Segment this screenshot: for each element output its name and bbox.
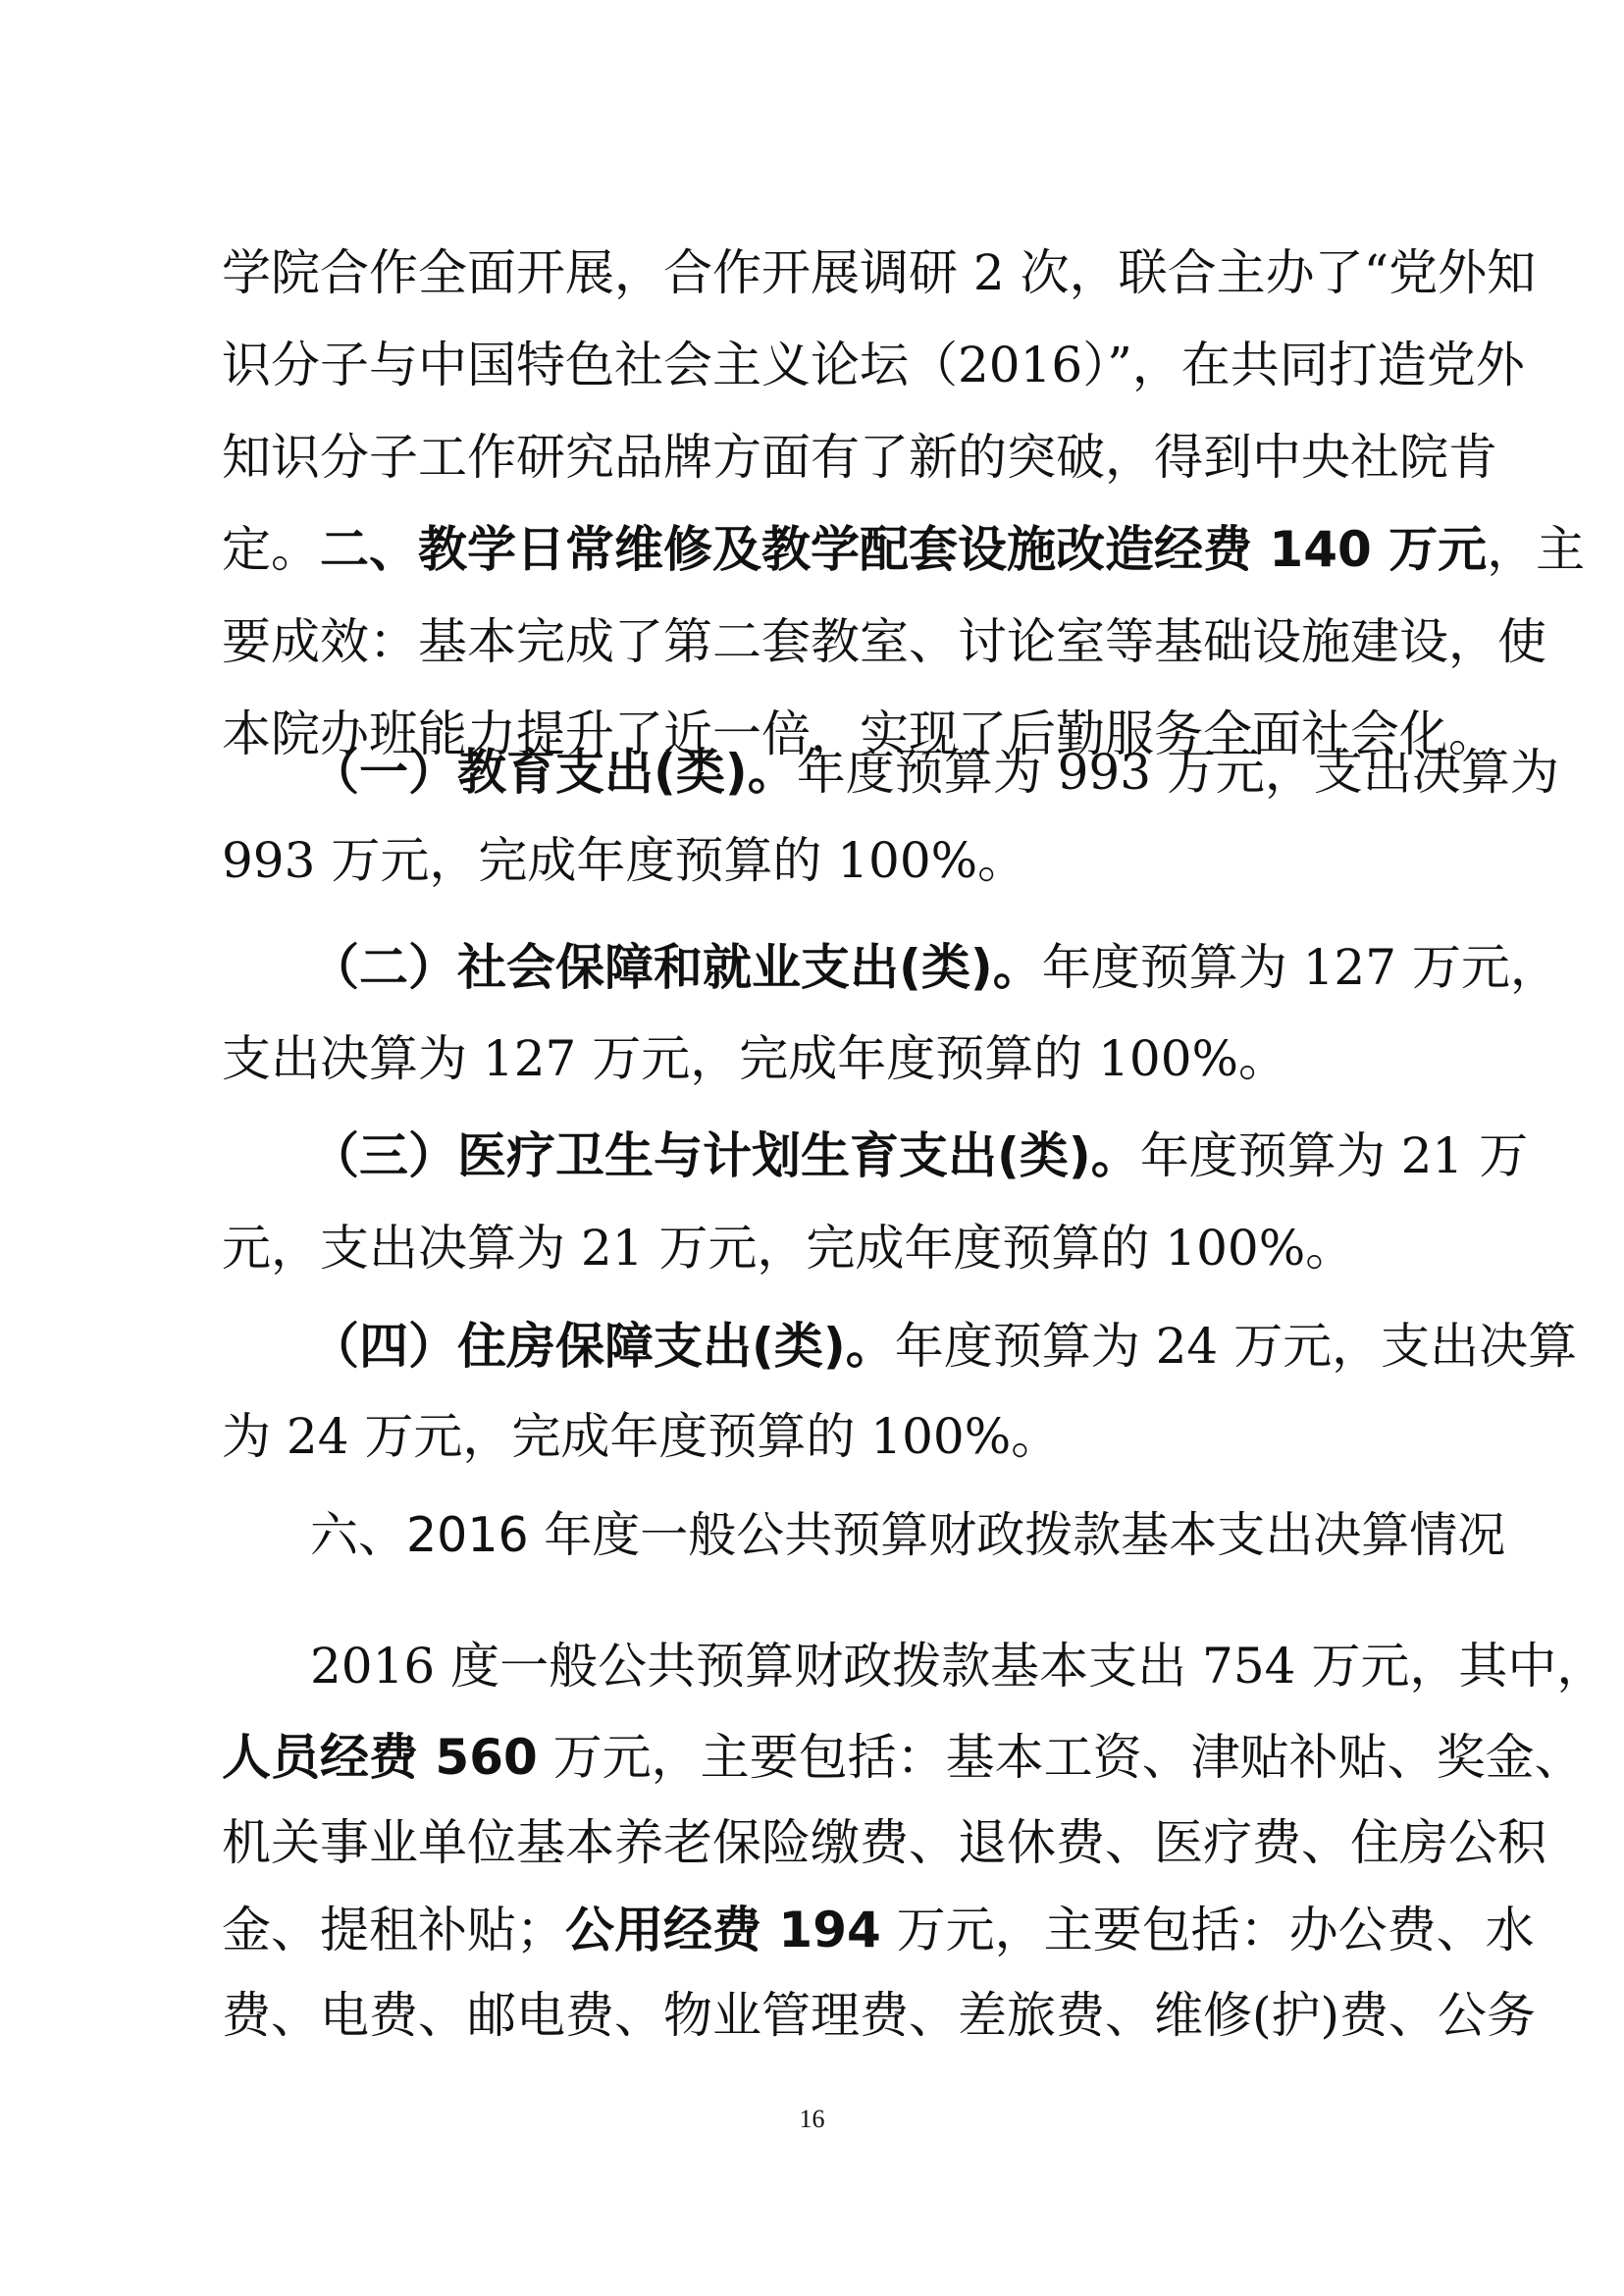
- text-line: 支出决算为 127 万元，完成年度预算的 100%。: [222, 1024, 1418, 1093]
- text-line: 知识分子工作研究品牌方面有了新的突破，得到中央社院肯: [222, 423, 1418, 492]
- bold-highlight-maintenance-funding: 二、教学日常维修及教学配套设施改造经费 140 万元: [320, 521, 1487, 578]
- page-number: 16: [0, 2100, 1624, 2139]
- text-line: （三）医疗卫生与计划生育支出(类)。年度预算为 21 万: [310, 1122, 1418, 1190]
- text-span: 年度预算为 993 万元，支出决算为: [797, 744, 1559, 801]
- text-span: 年度预算为 21 万: [1140, 1127, 1528, 1184]
- item-title: （一）教育支出(类)。: [310, 744, 797, 801]
- text-line: 2016 度一般公共预算财政拨款基本支出 754 万元，其中，: [310, 1632, 1418, 1700]
- text-line: 为 24 万元，完成年度预算的 100%。: [222, 1402, 1418, 1471]
- text-line: （一）教育支出(类)。年度预算为 993 万元，支出决算为: [310, 738, 1418, 807]
- section-heading: 六、2016 年度一般公共预算财政拨款基本支出决算情况: [310, 1501, 1418, 1570]
- bold-highlight-public-funding: 公用经费 194: [565, 1902, 881, 1958]
- bold-highlight-personnel-funding: 人员经费 560: [222, 1729, 538, 1786]
- text-line: 元，支出决算为 21 万元，完成年度预算的 100%。: [222, 1214, 1418, 1282]
- text-line: 学院合作全面开展，合作开展调研 2 次，联合主办了“党外知: [222, 238, 1418, 307]
- text-span: 年度预算为 127 万元，: [1042, 939, 1559, 996]
- item-title: （三）医疗卫生与计划生育支出(类)。: [310, 1127, 1140, 1184]
- text-span: 万元，主要包括：基本工资、津贴补贴、奖金、: [538, 1729, 1584, 1786]
- text-span: 年度预算为 24 万元，支出决算: [895, 1318, 1577, 1375]
- text-line: 人员经费 560 万元，主要包括：基本工资、津贴补贴、奖金、: [222, 1723, 1418, 1792]
- text-line: 定。二、教学日常维修及教学配套设施改造经费 140 万元，主: [222, 515, 1418, 584]
- text-span: 定。: [222, 521, 320, 578]
- text-line: 机关事业单位基本养老保险缴费、退休费、医疗费、住房公积: [222, 1808, 1418, 1877]
- text-span: 万元，主要包括：办公费、水: [881, 1902, 1535, 1958]
- text-line: 993 万元，完成年度预算的 100%。: [222, 826, 1418, 895]
- text-line: 识分子与中国特色社会主义论坛（2016）”，在共同打造党外: [222, 331, 1418, 399]
- item-title: （四）住房保障支出(类)。: [310, 1318, 895, 1375]
- text-line: 要成效：基本完成了第二套教室、讨论室等基础设施建设，使: [222, 607, 1418, 676]
- text-line: （四）住房保障支出(类)。年度预算为 24 万元，支出决算: [310, 1312, 1418, 1381]
- text-line: 费、电费、邮电费、物业管理费、差旅费、维修(护)费、公务: [222, 1981, 1418, 2050]
- item-title: （二）社会保障和就业支出(类)。: [310, 939, 1042, 996]
- text-span: 金、提租补贴；: [222, 1902, 565, 1958]
- text-span: ，主: [1487, 521, 1585, 578]
- text-line: （二）社会保障和就业支出(类)。年度预算为 127 万元，: [310, 933, 1418, 1002]
- text-line: 金、提租补贴；公用经费 194 万元，主要包括：办公费、水: [222, 1896, 1418, 1964]
